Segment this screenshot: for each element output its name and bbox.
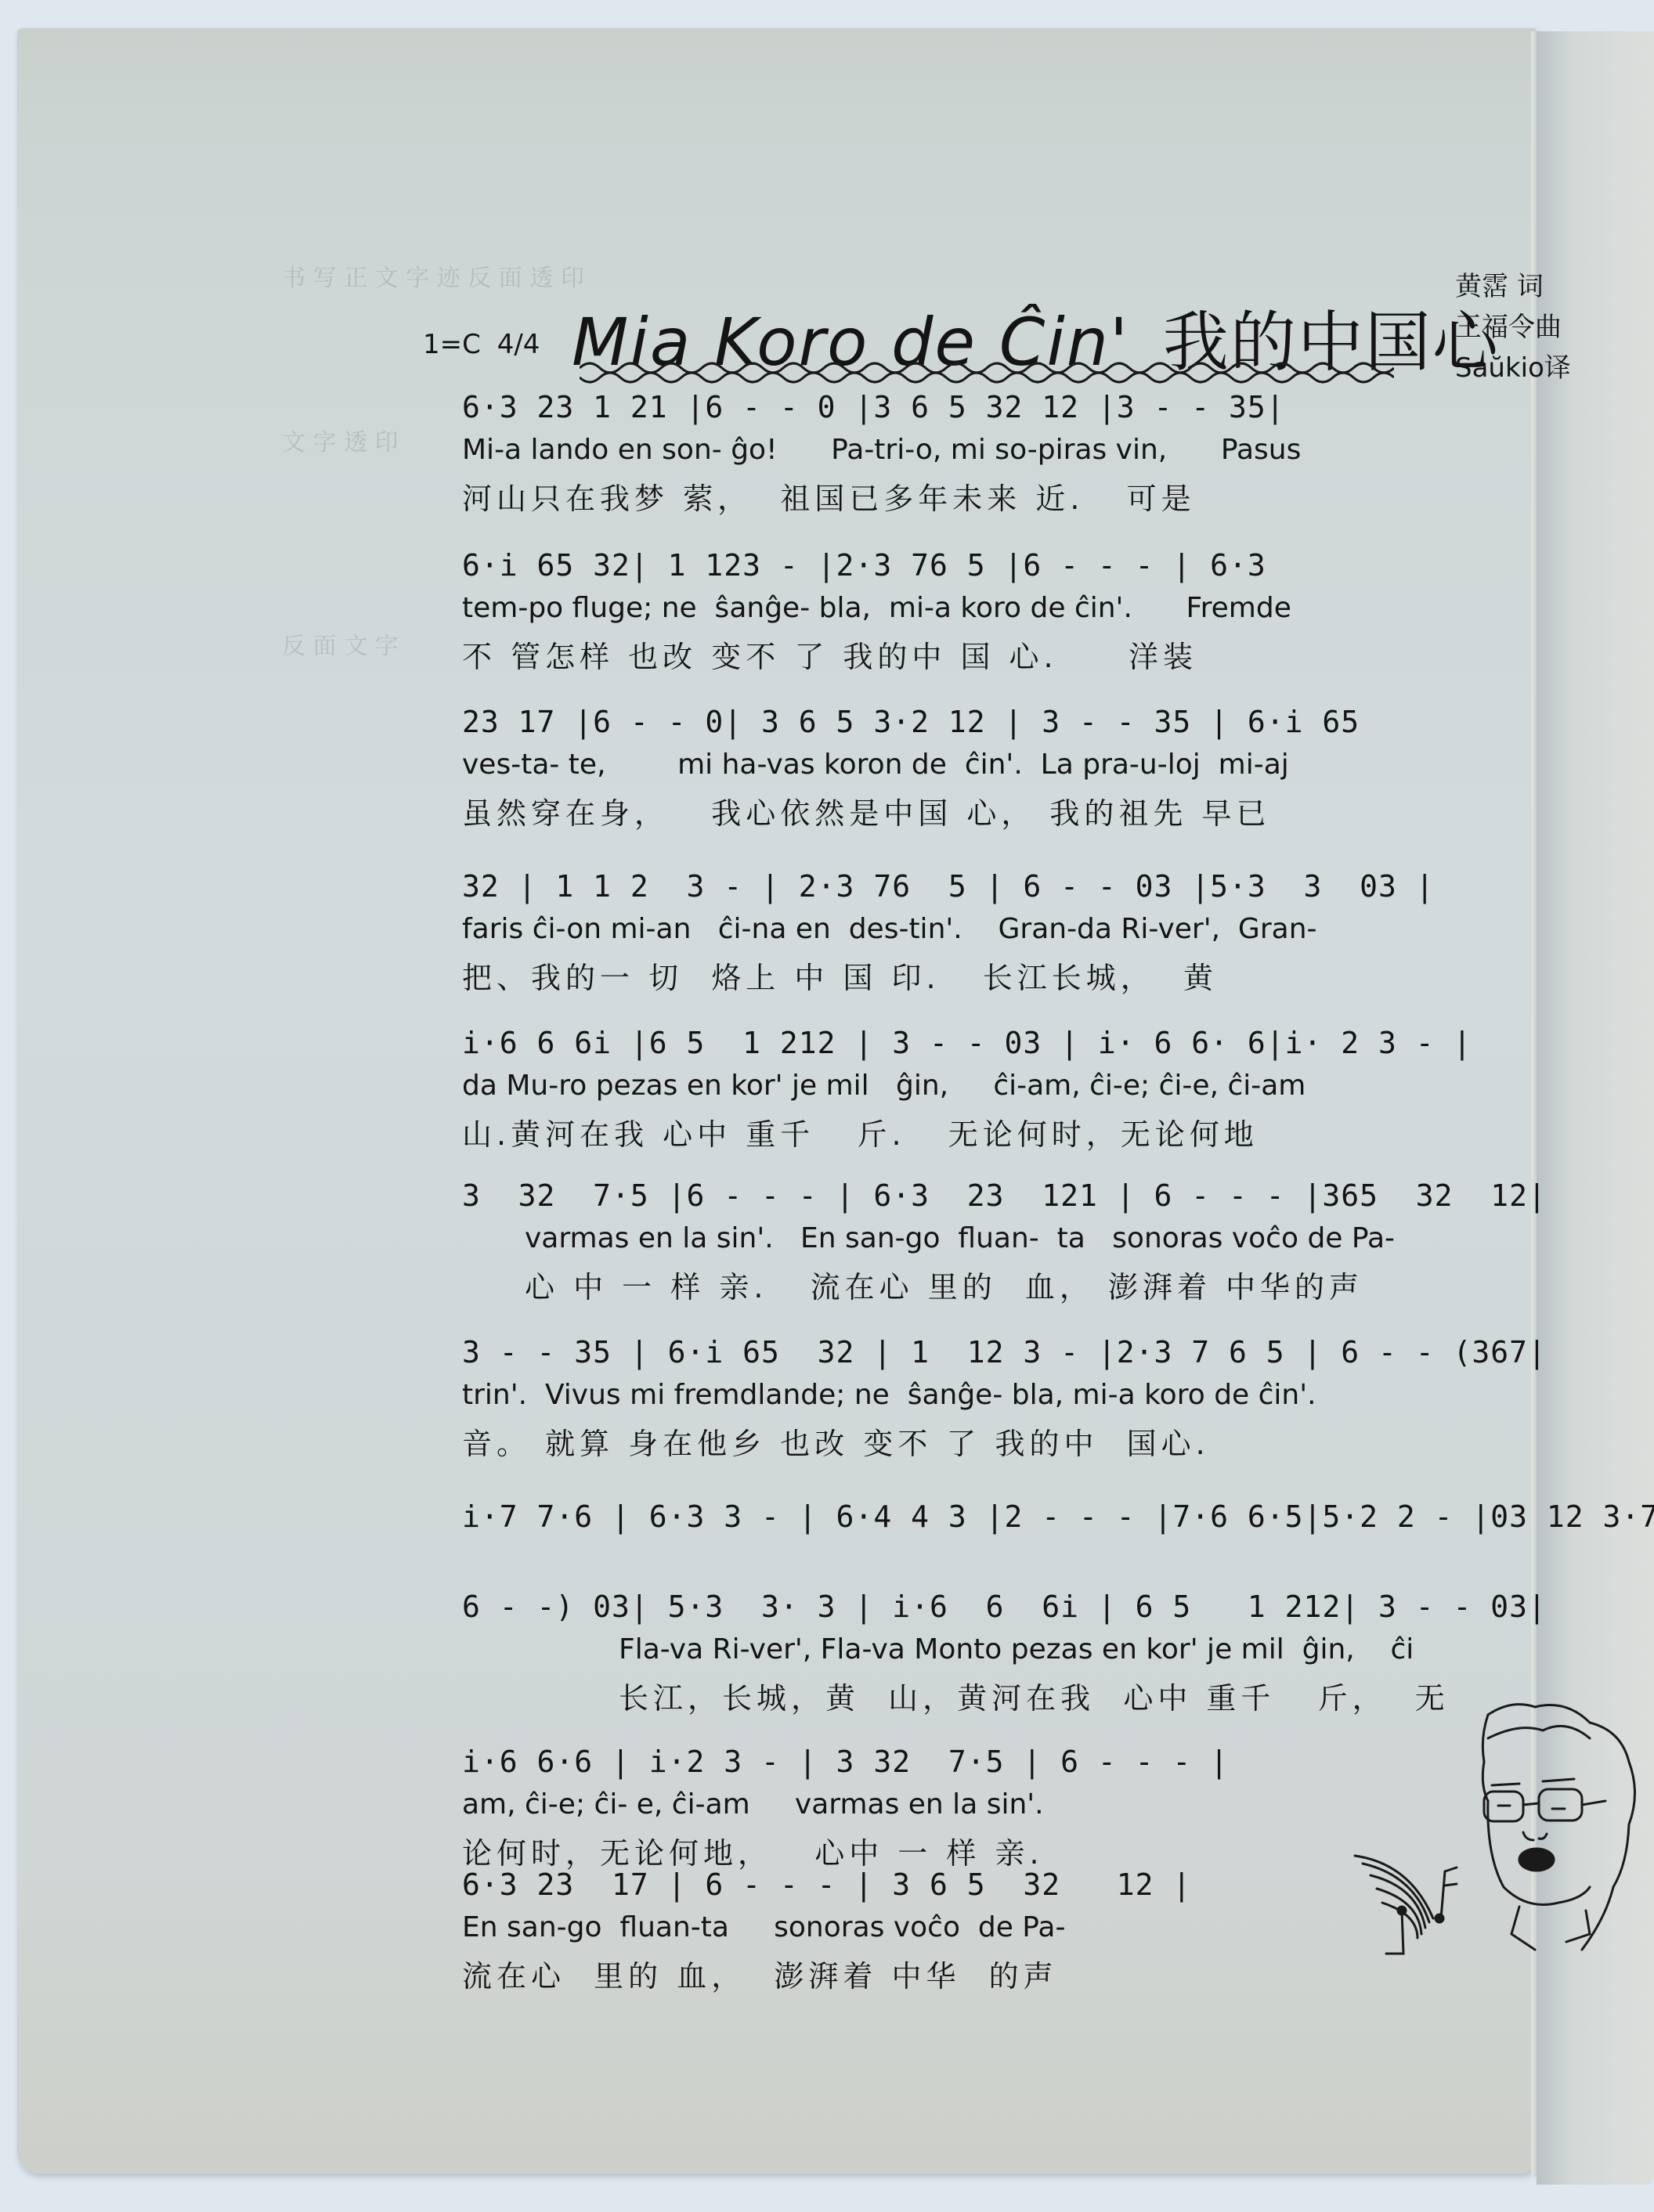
lyrics-chinese: 河山只在我梦 萦， 祖国已多年未来 近. 可是 [462, 475, 1637, 517]
music-system-7: 3 - - 35 | 6·i 65 32 | 1 12 3 - |2·3 7 6… [462, 1335, 1637, 1462]
composer-credit: 王福令曲 [1455, 307, 1571, 348]
jianpu-notes: 6·3 23 1 21 |6 - - 0 |3 6 5 32 12 |3 - -… [462, 390, 1637, 434]
music-system-1: 6·3 23 1 21 |6 - - 0 |3 6 5 32 12 |3 - -… [462, 390, 1637, 517]
lyrics-esperanto: da Mu-ro pezas en kor' je mil ĝin, ĉi-am… [462, 1070, 1637, 1110]
lyricist-credit: 黄霑 词 [1455, 266, 1571, 307]
music-system-4: 32 | 1 1 2 3 - | 2·3 76 5 | 6 - - 03 |5·… [462, 869, 1637, 996]
jianpu-notes: 6 - -) 03| 5·3 3· 3 | i·6 6 6i | 6 5 1 2… [462, 1590, 1637, 1633]
music-system-3: 23 17 |6 - - 0| 3 6 5 3·2 12 | 3 - - 35 … [462, 705, 1637, 832]
jianpu-notes: 32 | 1 1 2 3 - | 2·3 76 5 | 6 - - 03 |5·… [462, 869, 1637, 913]
lyrics-esperanto: faris ĉi-on mi-an ĉi-na en des-tin'. Gra… [462, 913, 1637, 954]
music-system-6: 3 32 7·5 |6 - - - | 6·3 23 121 | 6 - - -… [462, 1178, 1637, 1305]
jianpu-notes: 6·i 65 32| 1 123 - |2·3 76 5 |6 - - - | … [462, 548, 1637, 592]
music-system-5: i·6 6 6i |6 5 1 212 | 3 - - 03 | i· 6 6·… [462, 1026, 1637, 1153]
lyrics-esperanto: tem-po fluge; ne ŝanĝe- bla, mi-a koro d… [462, 592, 1637, 633]
translator-credit: Saŭkio译 [1455, 348, 1571, 388]
lyrics-esperanto: Mi-a lando en son- ĝo! Pa-tri-o, mi so-p… [462, 434, 1637, 475]
lyrics-chinese: 把、我的一 切 烙上 中 国 印. 长江长城， 黄 [462, 954, 1637, 996]
jianpu-notes: i·7 7·6 | 6·3 3 - | 6·4 4 3 |2 - - - |7·… [462, 1499, 1637, 1543]
lyrics-chinese: 音。 就算 身在他乡 也改 变不 了 我的中 国心. [462, 1420, 1637, 1462]
lyrics-chinese: 虽然穿在身， 我心依然是中国 心， 我的祖先 早已 [462, 789, 1637, 832]
jianpu-notes: 3 32 7·5 |6 - - - | 6·3 23 121 | 6 - - -… [462, 1178, 1637, 1222]
lyrics-chinese: 山.黄河在我 心中 重千 斤. 无论何时，无论何地 [462, 1110, 1637, 1153]
time-signature: 4/4 [497, 329, 540, 360]
lyrics-chinese: 心 中 一 样 亲. 流在心 里的 血， 澎湃着 中华的声 [462, 1263, 1637, 1305]
jianpu-notes: 3 - - 35 | 6·i 65 32 | 1 12 3 - |2·3 7 6… [462, 1335, 1637, 1379]
lyrics-esperanto: trin'. Vivus mi fremdlande; ne ŝanĝe- bl… [462, 1379, 1637, 1420]
jianpu-notes: i·6 6 6i |6 5 1 212 | 3 - - 03 | i· 6 6·… [462, 1026, 1637, 1070]
key-signature: 1=C [423, 329, 481, 360]
bleed-through-text: 书 写 正 文 字 迹 反 面 透 印 [282, 258, 584, 293]
lyrics-esperanto: varmas en la sin'. En san-go fluan- ta s… [462, 1222, 1637, 1263]
music-system-2: 6·i 65 32| 1 123 - |2·3 76 5 |6 - - - | … [462, 548, 1637, 675]
wavy-underline-decoration [580, 359, 1394, 385]
jianpu-notes: 23 17 |6 - - 0| 3 6 5 3·2 12 | 3 - - 35 … [462, 705, 1637, 749]
key-time-signature: 1=C 4/4 [423, 329, 540, 360]
bleed-through-text: 反 面 文 字 [282, 626, 399, 661]
lyrics-esperanto: Fla-va Ri-ver', Fla-va Monto pezas en ko… [462, 1633, 1637, 1674]
bleed-through-text: 文 字 透 印 [282, 423, 399, 457]
lyrics-chinese: 不 管怎样 也改 变不 了 我的中 国 心. 洋装 [462, 633, 1637, 675]
lyrics-esperanto: ves-ta- te, mi ha-vas koron de ĉin'. La … [462, 749, 1637, 789]
music-system-8-interlude: i·7 7·6 | 6·3 3 - | 6·4 4 3 |2 - - - |7·… [462, 1499, 1637, 1543]
credits-block: 黄霑 词 王福令曲 Saŭkio译 [1455, 266, 1571, 388]
singer-caricature-illustration [1331, 1683, 1654, 1981]
